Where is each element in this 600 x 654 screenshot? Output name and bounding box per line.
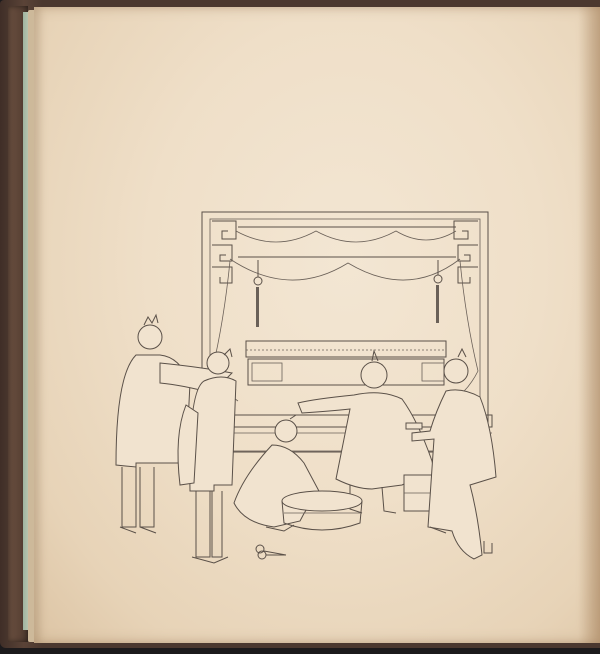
figure-kneeling-washing [234,415,320,531]
drawing-svg [100,205,520,575]
page-curl-shadow [578,7,600,643]
scissors [256,545,286,559]
ink-drawing [100,205,520,575]
